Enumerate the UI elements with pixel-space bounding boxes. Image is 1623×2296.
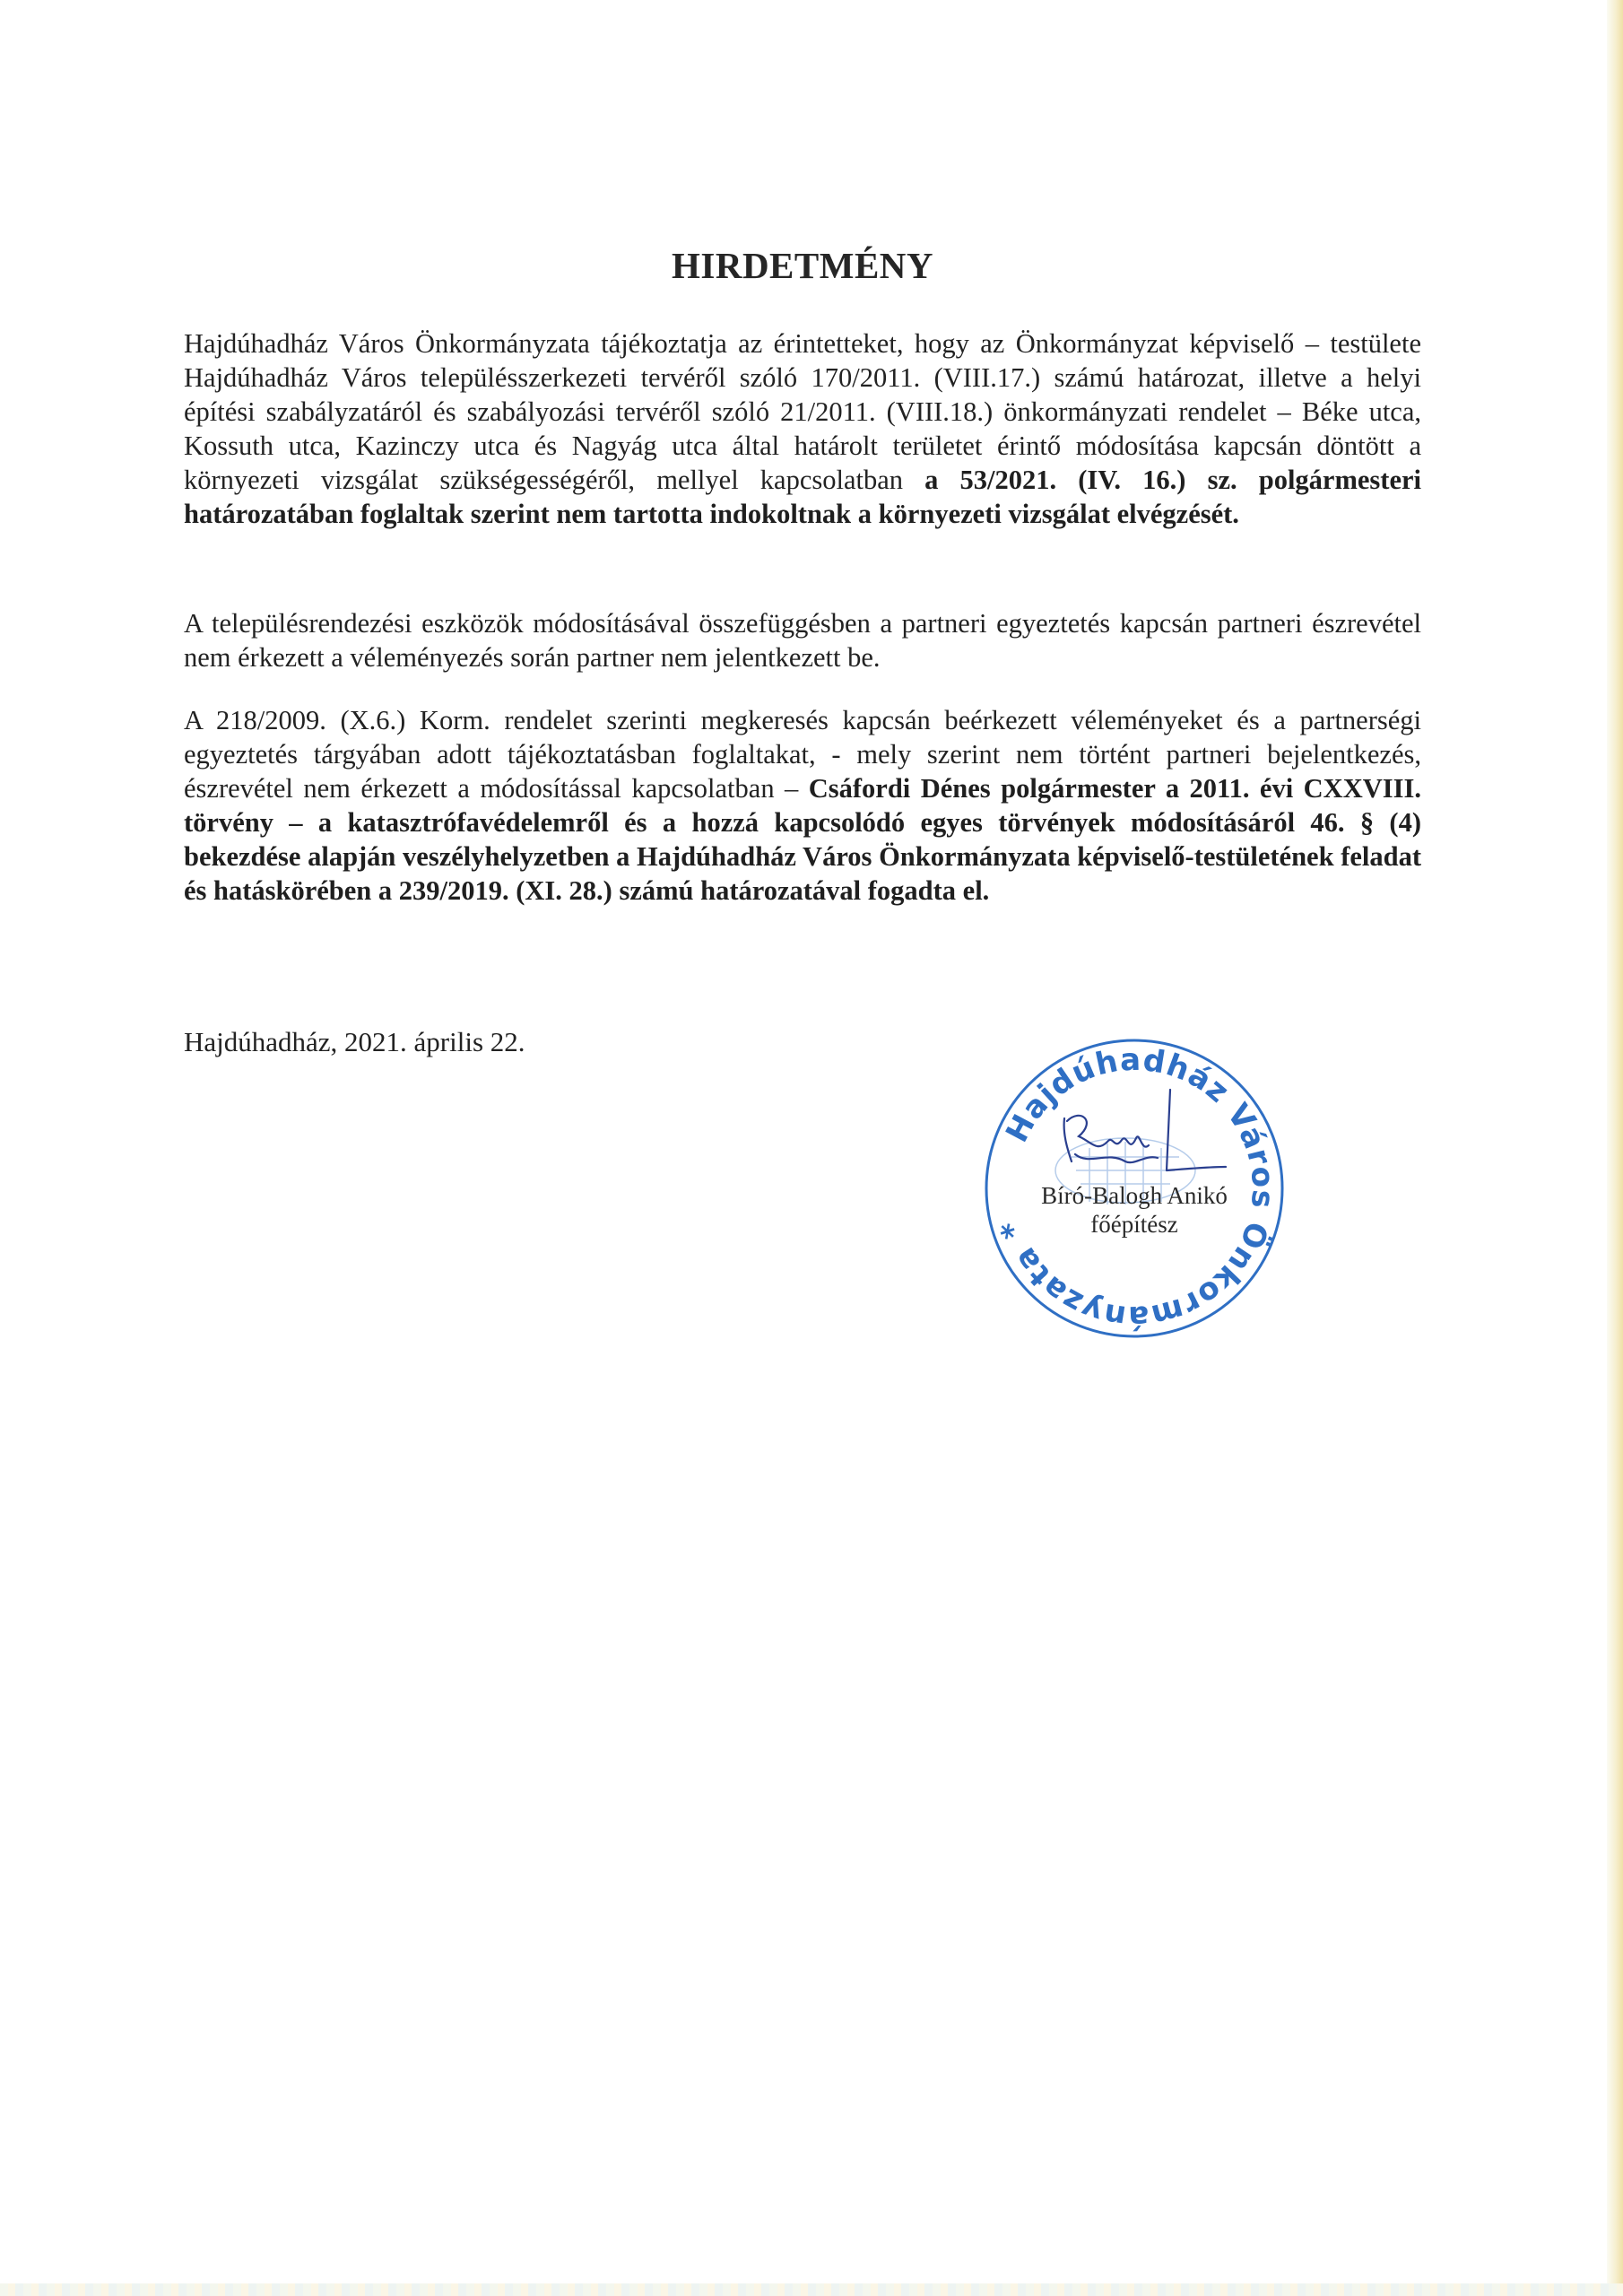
text-segment: A településrendezési eszközök módosításá… — [184, 608, 1421, 673]
document-title: HIRDETMÉNY — [184, 244, 1421, 287]
paragraph-3: A 218/2009. (X.6.) Korm. rendelet szerin… — [184, 703, 1421, 908]
signer-name: Bíró-Balogh Anikó — [982, 1182, 1287, 1210]
place-and-date: Hajdúhadház, 2021. április 22. — [184, 1026, 525, 1058]
signer-role: főépítész — [982, 1211, 1287, 1239]
scan-edge-right — [1607, 0, 1623, 2296]
paragraph-2: A településrendezési eszközök módosításá… — [184, 606, 1421, 674]
paragraph-1: Hajdúhadház Város Önkormányzata tájékozt… — [184, 326, 1421, 531]
scan-edge-bottom — [0, 2283, 1623, 2296]
handwritten-signature-icon — [1064, 1090, 1226, 1170]
